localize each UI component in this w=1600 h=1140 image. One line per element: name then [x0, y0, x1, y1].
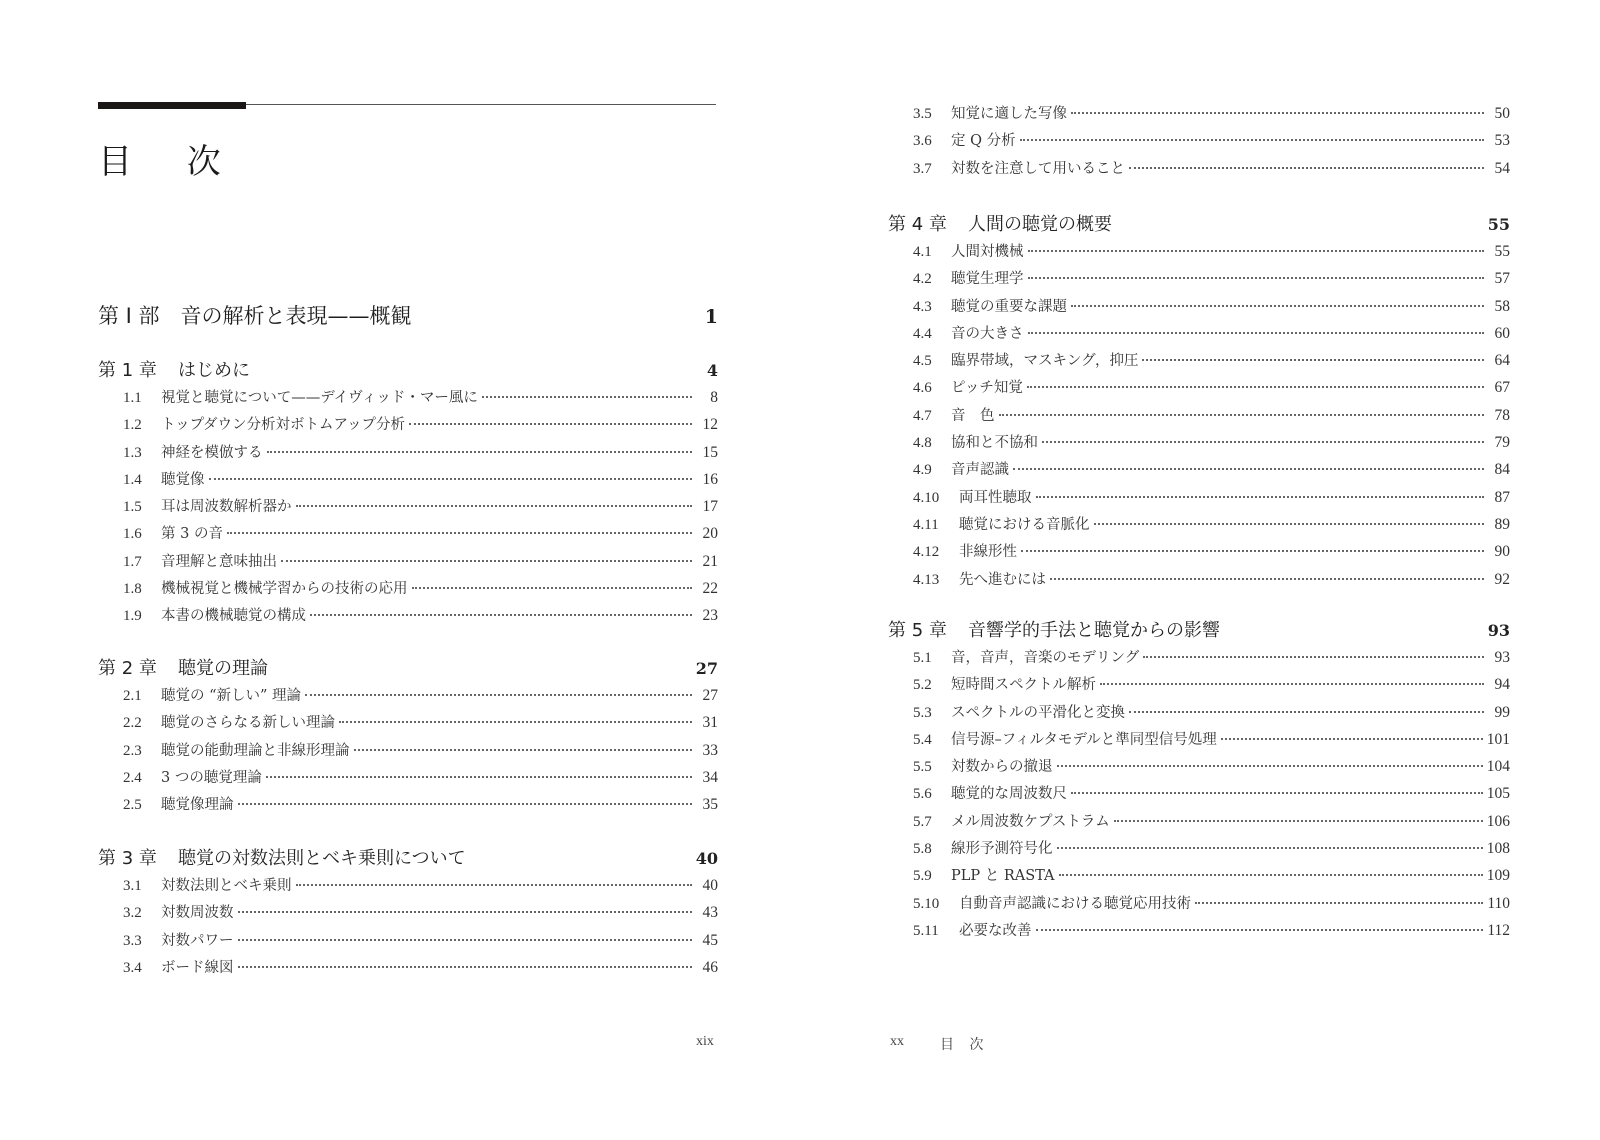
- dot-leader: [1021, 550, 1484, 552]
- toc-entry[interactable]: 4.1人間対機械55: [888, 240, 1510, 267]
- toc-entry[interactable]: 4.3聴覚の重要な課題58: [888, 295, 1510, 322]
- dot-leader: [1221, 738, 1483, 740]
- section-number: 5.10: [913, 896, 959, 913]
- dot-leader: [1195, 902, 1483, 904]
- section-title: 音声認識: [951, 458, 1009, 479]
- dot-leader: [1071, 792, 1483, 794]
- dot-leader: [1050, 578, 1484, 580]
- section-title: PLP と RASTA: [951, 864, 1055, 885]
- section-title: 信号源–フィルタモデルと準同型信号処理: [951, 728, 1217, 749]
- toc-entry[interactable]: 5.2短時間スペクトル解析94: [888, 673, 1510, 700]
- section-number: 4.8: [913, 435, 951, 452]
- toc-entry[interactable]: 5.10自動音声認識における聴覚応用技術110: [888, 892, 1510, 919]
- toc-entry[interactable]: 5.7メル周波数ケプストラム106: [888, 810, 1510, 837]
- toc-entry[interactable]: 4.2聴覚生理学57: [888, 267, 1510, 294]
- toc-entry[interactable]: 3.5知覚に適した写像50: [888, 102, 1510, 129]
- section-number: 5.9: [913, 868, 951, 885]
- dot-leader: [1129, 167, 1484, 169]
- section-page: 105: [1487, 785, 1510, 803]
- section-title: 音 色: [951, 404, 995, 425]
- toc-entry[interactable]: 4.12非線形性90: [888, 540, 1510, 567]
- section-title: 聴覚生理学: [951, 267, 1024, 288]
- section-page: 55: [1488, 243, 1510, 261]
- section-number: 5.5: [913, 759, 951, 776]
- chapter-5: 第 5 章音響学的手法と聴覚からの影響 93 5.1音，音声，音楽のモデリング9…: [888, 616, 1510, 946]
- section-page: 101: [1487, 731, 1510, 749]
- section-title: 対数を注意して用いること: [951, 157, 1125, 178]
- section-page: 78: [1488, 407, 1510, 425]
- section-page: 99: [1488, 704, 1510, 722]
- section-number: 5.2: [913, 677, 951, 694]
- chapter-title: 音響学的手法と聴覚からの影響: [968, 620, 1220, 641]
- chapter-page: 93: [1488, 621, 1510, 640]
- toc-entry[interactable]: 4.11聴覚における音脈化89: [888, 513, 1510, 540]
- toc-entry[interactable]: 4.7音 色78: [888, 404, 1510, 431]
- section-page: 93: [1488, 649, 1510, 667]
- page-number-right: xx: [890, 1034, 904, 1050]
- section-number: 3.6: [913, 133, 951, 150]
- section-title: スペクトルの平滑化と変換: [951, 701, 1125, 722]
- section-page: 60: [1488, 325, 1510, 343]
- section-title: 人間対機械: [951, 240, 1024, 261]
- section-title: 知覚に適した写像: [951, 102, 1067, 123]
- section-page: 54: [1488, 160, 1510, 178]
- dot-leader: [1020, 139, 1484, 141]
- section-title: 音，音声，音楽のモデリング: [951, 646, 1139, 667]
- section-number: 5.3: [913, 705, 951, 722]
- section-title: 先へ進むには: [959, 568, 1046, 589]
- section-number: 4.7: [913, 408, 951, 425]
- dot-leader: [1142, 359, 1484, 361]
- section-title: 音の大きさ: [951, 322, 1024, 343]
- section-number: 3.5: [913, 106, 951, 123]
- section-page: 79: [1488, 434, 1510, 452]
- dot-leader: [1143, 656, 1484, 658]
- dot-leader: [1036, 496, 1485, 498]
- section-number: 3.7: [913, 161, 951, 178]
- section-page: 110: [1487, 895, 1510, 913]
- section-page: 84: [1488, 461, 1510, 479]
- dot-leader: [1028, 277, 1485, 279]
- section-page: 112: [1487, 922, 1510, 940]
- section-title: 臨界帯域，マスキング，抑圧: [951, 349, 1138, 370]
- section-title: 対数からの撤退: [951, 755, 1053, 776]
- section-title: 聴覚的な周波数尺: [951, 782, 1067, 803]
- section-number: 4.6: [913, 380, 951, 397]
- section-title: 非線形性: [959, 540, 1017, 561]
- section-number: 4.9: [913, 462, 951, 479]
- chapter-3-continued: 3.5知覚に適した写像50 3.6定 Q 分析53 3.7対数を注意して用いるこ…: [888, 102, 1510, 184]
- dot-leader: [1071, 305, 1484, 307]
- toc-entry[interactable]: 3.6定 Q 分析53: [888, 129, 1510, 156]
- toc-entry[interactable]: 5.5対数からの撤退104: [888, 755, 1510, 782]
- section-number: 4.5: [913, 353, 951, 370]
- section-title: 協和と不協和: [951, 431, 1038, 452]
- section-number: 4.4: [913, 326, 951, 343]
- dot-leader: [1129, 711, 1484, 713]
- dot-leader: [1028, 332, 1485, 334]
- toc-entry[interactable]: 5.3スペクトルの平滑化と変換99: [888, 701, 1510, 728]
- chapter-title: 人間の聴覚の概要: [968, 214, 1112, 235]
- section-number: 4.1: [913, 244, 951, 261]
- section-number: 5.11: [913, 923, 959, 940]
- section-title: 短時間スペクトル解析: [951, 673, 1096, 694]
- toc-entry[interactable]: 4.8協和と不協和79: [888, 431, 1510, 458]
- section-title: 聴覚の重要な課題: [951, 295, 1067, 316]
- section-number: 4.11: [913, 517, 959, 534]
- section-page: 90: [1488, 543, 1510, 561]
- chapter-4: 第 4 章人間の聴覚の概要 55 4.1人間対機械55 4.2聴覚生理学57 4…: [888, 210, 1510, 595]
- section-number: 4.12: [913, 544, 959, 561]
- section-number: 5.8: [913, 841, 951, 858]
- dot-leader: [1100, 683, 1484, 685]
- section-title: 線形予測符号化: [951, 837, 1053, 858]
- toc-entry[interactable]: 4.4音の大きさ60: [888, 322, 1510, 349]
- section-number: 5.7: [913, 814, 951, 831]
- toc-entry[interactable]: 5.4信号源–フィルタモデルと準同型信号処理101: [888, 728, 1510, 755]
- section-number: 5.4: [913, 732, 951, 749]
- toc-entry[interactable]: 4.13先へ進むには92: [888, 568, 1510, 595]
- section-page: 106: [1487, 813, 1510, 831]
- section-page: 50: [1488, 105, 1510, 123]
- section-page: 92: [1488, 571, 1510, 589]
- chapter-heading[interactable]: 第 5 章音響学的手法と聴覚からの影響 93: [888, 616, 1510, 646]
- section-page: 104: [1487, 758, 1510, 776]
- chapter-page: 55: [1488, 215, 1510, 234]
- section-page: 94: [1488, 676, 1510, 694]
- section-page: 109: [1487, 867, 1510, 885]
- toc-entry[interactable]: 5.11必要な改善112: [888, 919, 1510, 946]
- section-number: 4.3: [913, 299, 951, 316]
- toc-entry[interactable]: 4.6ピッチ知覚67: [888, 376, 1510, 403]
- section-page: 53: [1488, 132, 1510, 150]
- section-page: 57: [1488, 270, 1510, 288]
- dot-leader: [1114, 820, 1483, 822]
- section-title: 必要な改善: [959, 919, 1032, 940]
- toc-entry[interactable]: 3.7対数を注意して用いること54: [888, 157, 1510, 184]
- right-page: 3.5知覚に適した写像50 3.6定 Q 分析53 3.7対数を注意して用いるこ…: [0, 0, 1600, 1140]
- toc-entry[interactable]: 5.6聴覚的な周波数尺105: [888, 782, 1510, 809]
- section-number: 5.1: [913, 650, 951, 667]
- toc-entry[interactable]: 5.8線形予測符号化108: [888, 837, 1510, 864]
- dot-leader: [1013, 468, 1484, 470]
- dot-leader: [1094, 523, 1485, 525]
- dot-leader: [1028, 250, 1485, 252]
- dot-leader: [1057, 765, 1483, 767]
- toc-entry[interactable]: 4.10両耳性聴取87: [888, 486, 1510, 513]
- dot-leader: [1042, 441, 1484, 443]
- section-page: 58: [1488, 298, 1510, 316]
- section-number: 4.13: [913, 572, 959, 589]
- dot-leader: [1057, 847, 1483, 849]
- section-number: 5.6: [913, 786, 951, 803]
- section-page: 108: [1487, 840, 1510, 858]
- toc-entry[interactable]: 5.1音，音声，音楽のモデリング93: [888, 646, 1510, 673]
- section-title: 自動音声認識における聴覚応用技術: [959, 892, 1191, 913]
- dot-leader: [1027, 386, 1484, 388]
- chapter-number: 第 5 章: [888, 616, 968, 642]
- dot-leader: [1071, 112, 1484, 114]
- section-page: 64: [1488, 352, 1510, 370]
- dot-leader: [999, 414, 1485, 416]
- section-title: ピッチ知覚: [951, 376, 1023, 397]
- section-number: 4.2: [913, 271, 951, 288]
- section-page: 67: [1488, 379, 1510, 397]
- chapter-heading[interactable]: 第 4 章人間の聴覚の概要 55: [888, 210, 1510, 240]
- chapter-number: 第 4 章: [888, 210, 968, 236]
- toc-entry[interactable]: 4.5臨界帯域，マスキング，抑圧64: [888, 349, 1510, 376]
- section-title: 定 Q 分析: [951, 129, 1016, 150]
- section-page: 89: [1488, 516, 1510, 534]
- section-title: 両耳性聴取: [959, 486, 1032, 507]
- section-page: 87: [1488, 489, 1510, 507]
- section-number: 4.10: [913, 490, 959, 507]
- dot-leader: [1059, 874, 1483, 876]
- dot-leader: [1036, 929, 1484, 931]
- section-title: メル周波数ケプストラム: [951, 810, 1110, 831]
- section-title: 聴覚における音脈化: [959, 513, 1090, 534]
- toc-entry[interactable]: 4.9音声認識84: [888, 458, 1510, 485]
- toc-entry[interactable]: 5.9PLP と RASTA109: [888, 864, 1510, 891]
- running-header-title: 目 次: [940, 1034, 990, 1054]
